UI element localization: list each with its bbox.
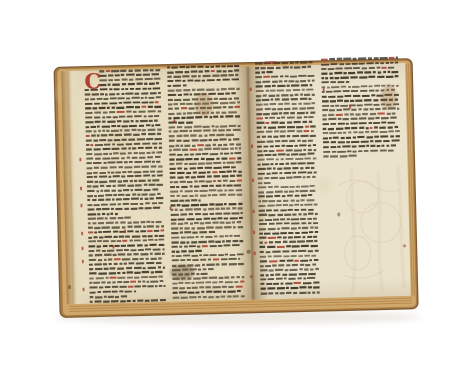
manuscript-photograph: C xyxy=(0,0,468,382)
text-line xyxy=(168,122,192,123)
text-line xyxy=(168,85,187,86)
decorated-initial: C xyxy=(84,68,101,93)
text-line xyxy=(323,156,356,157)
text-line xyxy=(256,94,315,96)
text-line xyxy=(255,72,272,73)
manuscript-scene: C xyxy=(0,0,468,382)
text-line xyxy=(90,296,127,298)
manuscript-book: C xyxy=(52,57,418,317)
text-line xyxy=(256,108,314,110)
text-line xyxy=(170,200,200,201)
